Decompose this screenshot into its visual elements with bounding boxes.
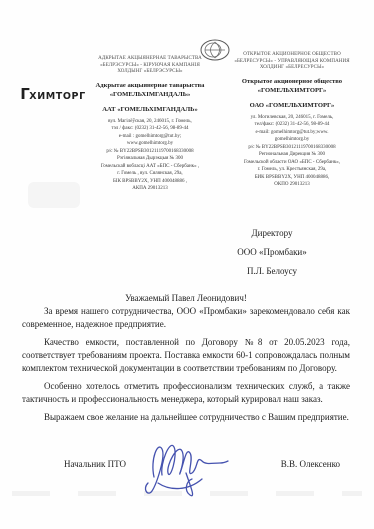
scan-artifact [28,182,80,208]
company-logo: ГХИМТОРГ [20,84,86,103]
address-line: ул. Могилевская, 20, 246015, г. Гомель, [226,114,358,122]
address-line: БИК BPSBBY2X, УНП 400048886, [226,174,358,182]
address-line: АКПА 29013213 [88,185,212,193]
company-logo-initial: Г [20,85,29,103]
address-line: тэл / факс: (0232) 31-42-56, 98-89-44 [88,125,212,133]
body-paragraph: Особенно хотелось отметить профессионали… [22,380,350,406]
letter-page: ГХИМТОРГ АДКРЫТАЕ АКЦЫЯНЕРНАЕ ТАВАРЫСТВА… [0,0,374,529]
addressee-line: ООО «Промбаки» [210,243,334,262]
address-line: Гомельской области ОАО «БПС - Сбербанк», [226,159,358,167]
address-block-ru: ул. Могилевская, 20, 246015, г. Гомель,т… [226,114,358,189]
address-line: e-mail: gomelhimtorg@tut.by;www. [226,129,358,137]
addressee-line: П.Л. Белоусу [210,262,334,281]
company-logo-text: ХИМТОРГ [29,91,86,102]
address-line: Гомельскай вобласці ААТ «БПС - Сбербанк»… [88,163,212,171]
address-line: Региональная Дирекция № 300 [226,151,358,159]
address-line: р/с № BY22BPSB30121119700168330008 [226,144,358,152]
org-short-ru: ОАО «ГОМЕЛЬХИМТОРГ» [226,102,358,109]
address-line: Рэгіянальная Дырэкцыя № 300 [88,155,212,163]
address-line: e-mail : gomelhimtorg@tut.by; [88,133,212,141]
holding-line-ru: ОТКРЫТОЕ АКЦИОНЕРНОЕ ОБЩЕСТВО «БЕЛРЕСУРС… [226,52,358,72]
address-line: БІК BPSBBY2X, УНП 400048886 , [88,178,212,186]
org-short-by: ААТ «ГОМЕЛЬХІМГАНДАЛЬ» [88,106,212,113]
org-name-ru: Открытое акционерное общество «ГОМЕЛЬХИМ… [226,77,358,96]
body-paragraph: За время нашего сотрудничества, ООО «Про… [22,305,350,331]
address-line: www.gomelhimtorg.by [88,140,212,148]
addressee-block: ДиректоруООО «Промбаки»П.Л. Белоусу [210,224,334,281]
address-line: тел/факс: (0232) 31-42-56, 98-89-44 [226,121,358,129]
header-column-russian: ОТКРЫТОЕ АКЦИОНЕРНОЕ ОБЩЕСТВО «БЕЛРЕСУРС… [226,52,358,189]
handwritten-signature [140,433,230,504]
address-line: г. Гомель, ул. Крестьянская, 29а, [226,166,358,174]
address-line: gomelhimtorg.by [226,136,358,144]
signature-row: Начальник ПТО В.В. Олексенко [22,433,350,503]
salutation: Уважаемый Павел Леонидович! [22,293,350,303]
letter-body: За время нашего сотрудничества, ООО «Про… [22,305,350,429]
address-line: ОКПО 29013213 [226,181,358,189]
address-line: вул. Магілёўская, 20, 246015, г. Гомель, [88,118,212,126]
signer-position: Начальник ПТО [64,459,126,469]
addressee-line: Директору [210,224,334,243]
address-block-by: вул. Магілёўская, 20, 246015, г. Гомель,… [88,118,212,193]
body-paragraph: Выражаем свое желание на дальнейшее сотр… [22,411,350,424]
org-name-by: Адкрытае акцыянернае таварыства «ГОМЕЛЬХ… [88,81,212,100]
address-line: р/с № BY22BPSB30121119700168330008 [88,148,212,156]
address-line: г. Гомель , вул. Сялянская, 29а, [88,170,212,178]
header-column-belarusian: АДКРЫТАЕ АКЦЫЯНЕРНАЕ ТАВАРЫСТВА «БЕЛРЭСУ… [88,56,212,193]
body-paragraph: Качество емкости, поставленной по Догово… [22,336,350,375]
holding-line-by: АДКРЫТАЕ АКЦЫЯНЕРНАЕ ТАВАРЫСТВА «БЕЛРЭСУ… [88,56,212,76]
signer-name: В.В. Олексенко [281,459,340,469]
